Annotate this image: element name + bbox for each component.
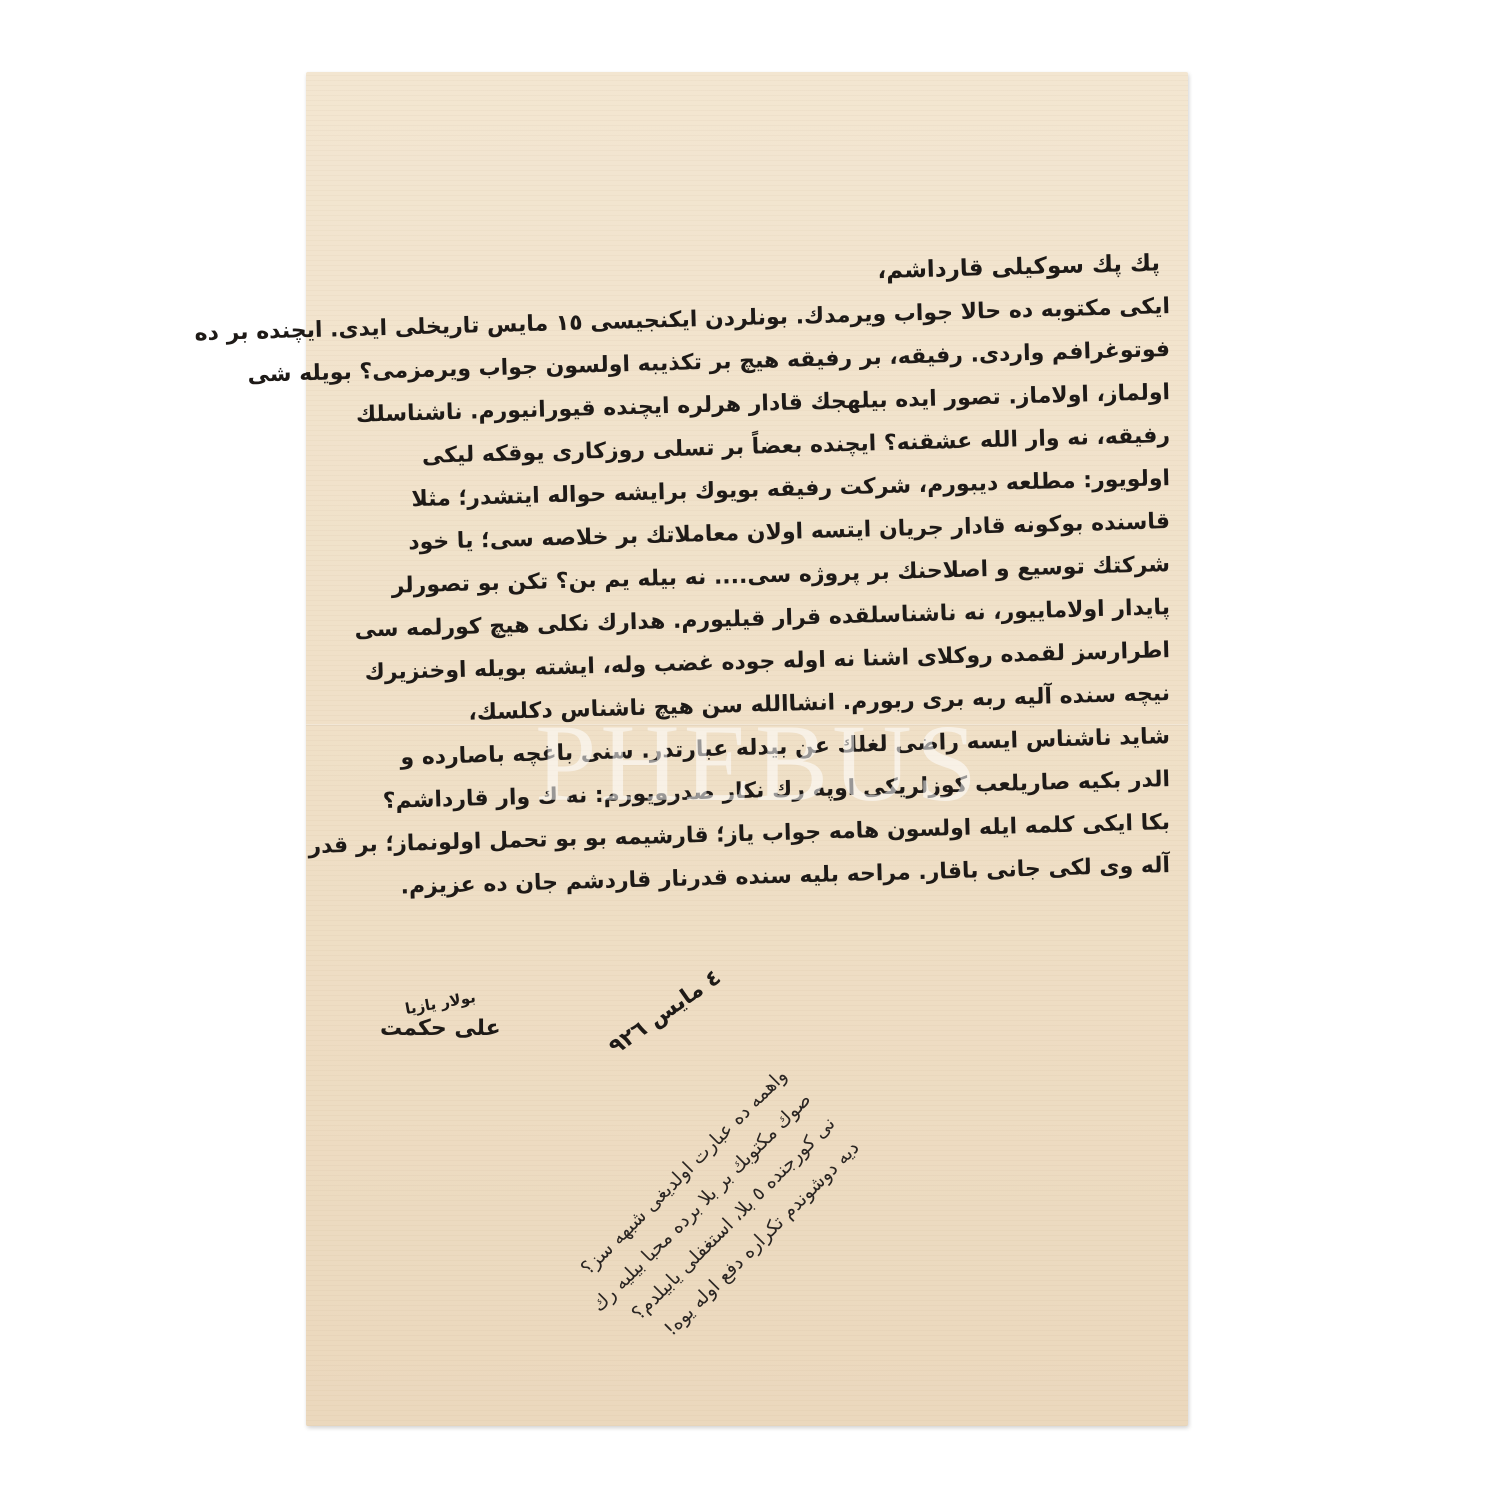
signature: بولار يازيا علی حکمت bbox=[380, 990, 501, 1042]
letter-body: پك پك سوكيلى قارداشم، ايكى مكتوبه ده حال… bbox=[336, 242, 1170, 887]
